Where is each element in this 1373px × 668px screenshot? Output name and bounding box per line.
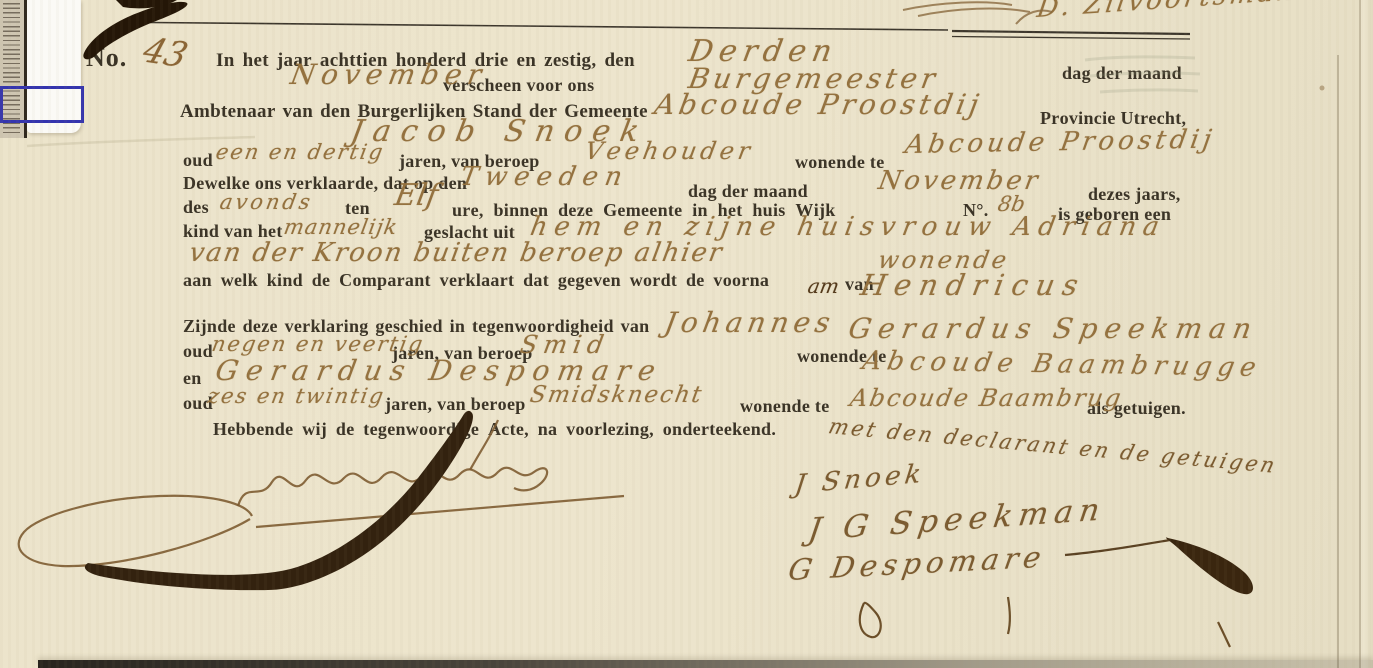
hw-month: November xyxy=(288,58,490,91)
line-aan-welk-kind: aan welk kind de Comparant verklaart dat… xyxy=(183,270,769,291)
hw-hour: Elf xyxy=(392,178,441,213)
label-dezes-jaars: dezes jaars, xyxy=(1088,184,1181,205)
label-oud-1: oud xyxy=(183,150,213,171)
line-hebbende: Hebbende wij de tegenwoordige Acte, na v… xyxy=(213,419,776,440)
paper-fold-line-2 xyxy=(1359,0,1361,668)
hw-witness2-age: zes en twintig xyxy=(206,384,387,408)
label-jaren-beroep-3: jaren, van beroep xyxy=(385,394,526,415)
label-oud-2: oud xyxy=(183,341,213,362)
hw-witness2-residence: Abcoude Baambrug xyxy=(848,384,1125,412)
hw-declarant-age: een en dertig xyxy=(214,140,386,164)
hw-mother-line-2: van der Kroon buiten beroep alhier xyxy=(187,238,726,268)
signature-snoek: J Snoek xyxy=(793,459,927,500)
label-des: des xyxy=(183,197,209,218)
paper-stain-dot xyxy=(1320,86,1325,91)
hw-act-number: 43 xyxy=(138,30,192,76)
hw-declarant-occupation: Veehouder xyxy=(583,137,756,165)
hw-daypart: avonds xyxy=(218,190,315,214)
label-wonende-3: wonende te xyxy=(740,396,830,417)
hw-gender: mannelijk xyxy=(282,215,400,239)
blue-selection-box xyxy=(0,86,84,123)
birth-certificate-scan: No. In het jaar achttien honderd drie en… xyxy=(0,0,1373,668)
speekman-signature-tail xyxy=(1065,538,1253,595)
hw-gemeente: Abcoude Proostdij xyxy=(652,88,985,121)
hw-witness1-age: negen en veertig xyxy=(210,332,426,356)
label-dag-der-maand-2: dag der maand xyxy=(688,181,808,202)
hw-birth-day: Tweeden xyxy=(458,162,631,192)
label-wonende-1: wonende te xyxy=(795,152,885,173)
hw-declarant-residence: Abcoude Proostdij xyxy=(903,125,1217,160)
hw-voornaam-insert: am xyxy=(806,274,841,298)
signature-speekman: J G Speekman xyxy=(806,492,1108,548)
hw-corner-note: D. Zilvoortsman xyxy=(1035,0,1299,24)
signature-despomare: G Despomare xyxy=(786,540,1048,587)
hw-witness1-firstname: Johannes xyxy=(662,306,838,339)
page-edge-column xyxy=(1361,0,1373,668)
scan-bottom-shadow xyxy=(38,660,1373,668)
hw-witness1-lastname: Gerardus Speekman xyxy=(846,312,1261,345)
corner-flourish xyxy=(903,2,1052,24)
stray-ink-marks xyxy=(860,597,1230,647)
label-en: en xyxy=(183,368,202,389)
hw-witness2-occupation: Smidsknecht xyxy=(528,382,705,408)
no-label: No. xyxy=(86,43,127,73)
top-rule xyxy=(150,23,1190,40)
paper-fold-line xyxy=(1337,55,1339,668)
hw-witness1-residence: Abcoude Baambrugge xyxy=(860,346,1264,383)
label-dag-der-maand: dag der maand xyxy=(1062,63,1182,84)
hw-child-name: Hendricus xyxy=(858,268,1089,302)
